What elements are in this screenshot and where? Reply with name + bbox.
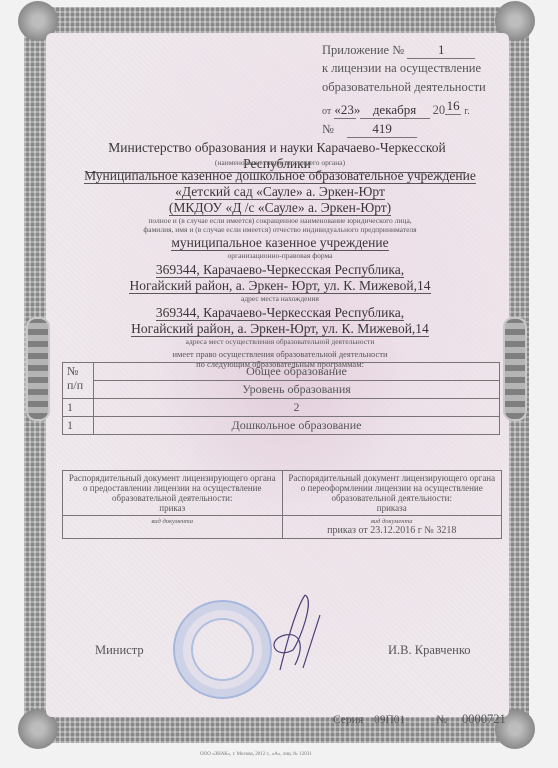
form-number-value: 0000721	[462, 712, 506, 726]
reissue-document-caption-cell: вид документа приказ от 23.12.2016 г № 3…	[282, 516, 502, 539]
grant-document-header: Распорядительный документ лицензирующего…	[67, 473, 278, 503]
documents-table: Распорядительный документ лицензирующего…	[62, 470, 502, 539]
number-label: №	[322, 122, 334, 136]
level-header: Уровень образования	[94, 381, 500, 399]
series-value: 09П01	[374, 714, 405, 726]
appendix-header: Приложение № 1	[322, 42, 475, 59]
col-number-symbol: №	[67, 364, 89, 378]
grant-document-caption-cell: вид документа	[63, 516, 283, 539]
activity-address-caption: адреса мест осуществления образовательно…	[60, 337, 500, 346]
appendix-number: 1	[407, 42, 475, 59]
address-line-2: Ногайский район, а. Эркен- Юрт, ул. К. М…	[129, 278, 430, 294]
activity-address-line-2: Ногайский район, а. Эркен-Юрт, ул. К. Ми…	[131, 321, 429, 337]
appendix-label: Приложение №	[322, 43, 404, 57]
reissue-document-caption: вид документа	[287, 518, 498, 525]
index-row: 1 2	[63, 399, 500, 417]
section-header: Общее образование	[94, 363, 500, 381]
date-year-unit: г.	[464, 106, 469, 117]
grant-document-cell: Распорядительный документ лицензирующего…	[63, 471, 283, 516]
reissue-document-cell: Распорядительный документ лицензирующего…	[282, 471, 502, 516]
licensing-body-caption: (наименование лицензирующего органа)	[60, 158, 500, 167]
signatory-name: И.В. Кравченко	[388, 643, 471, 658]
header-line-2: образовательной деятельности	[322, 80, 486, 95]
date-month: декабря	[360, 102, 430, 119]
organization-caption-line-1: полное и (в случае если имеется) сокраще…	[60, 216, 500, 225]
official-seal-icon	[173, 600, 272, 699]
reissue-document-header: Распорядительный документ лицензирующего…	[287, 473, 498, 503]
date-day: «23»	[334, 102, 356, 119]
side-ornament-icon	[503, 317, 527, 421]
side-ornament-icon	[26, 317, 50, 421]
organization-short-name: (МКДОУ «Д /с «Сауле» а. Эркен-Юрт)	[169, 200, 391, 216]
organization-legal-form: муниципальное казенное учреждение	[171, 235, 388, 251]
activity-address-line-1: 369344, Карачаево-Черкесская Республика,	[156, 305, 404, 321]
organization-full-name-line-2: «Детский сад «Сауле» а. Эркен-Юрт	[175, 184, 385, 200]
address-line-1: 369344, Карачаево-Черкесская Республика,	[156, 262, 404, 278]
form-number-label: №	[436, 714, 447, 726]
col-number-abbrev: п/п	[67, 378, 89, 392]
header-date: от «23» декабря 2016 г.	[322, 98, 470, 119]
reissue-document-detail: приказ от 23.12.2016 г № 3218	[287, 525, 498, 536]
header-number: № 419	[322, 121, 417, 138]
date-prefix: от	[322, 106, 331, 117]
rights-line-1: имеет право осуществления образовательно…	[60, 349, 500, 359]
organization-full-name-line-1: Муниципальное казенное дошкольное образо…	[84, 168, 476, 184]
index-cell: 1	[63, 399, 94, 417]
row-number: 1	[63, 417, 94, 435]
programs-table: № п/п Общее образование Уровень образова…	[62, 362, 500, 435]
table-row: 1 Дошкольное образование	[63, 417, 500, 435]
form-series: Серия 09П01 № 0000721	[333, 712, 506, 727]
row-level: Дошкольное образование	[94, 417, 500, 435]
date-year-prefix: 20	[433, 103, 446, 117]
legal-form-caption: организационно-правовая форма	[60, 251, 500, 260]
address-caption: адрес места нахождения	[60, 294, 500, 303]
grant-document-caption: вид документа	[67, 518, 278, 525]
index-cell: 2	[94, 399, 500, 417]
grant-document-type: приказ	[67, 503, 278, 513]
col-number-header: № п/п	[63, 363, 94, 399]
signatory-position: Министр	[95, 643, 144, 658]
date-year-suffix: 16	[445, 98, 461, 115]
license-appendix-number: 419	[347, 121, 417, 138]
organization-block: Муниципальное казенное дошкольное образо…	[60, 168, 500, 369]
signature-icon	[265, 590, 325, 675]
header-line-1: к лицензии на осуществление	[322, 61, 481, 76]
organization-caption-line-2: фамилия, имя и (в случае если имеется) о…	[60, 225, 500, 234]
series-label: Серия	[333, 714, 363, 726]
reissue-document-type: приказа	[287, 503, 498, 513]
printer-imprint: ООО «ЗНАК», г. Москва, 2012 г., «А», лиц…	[200, 752, 312, 757]
